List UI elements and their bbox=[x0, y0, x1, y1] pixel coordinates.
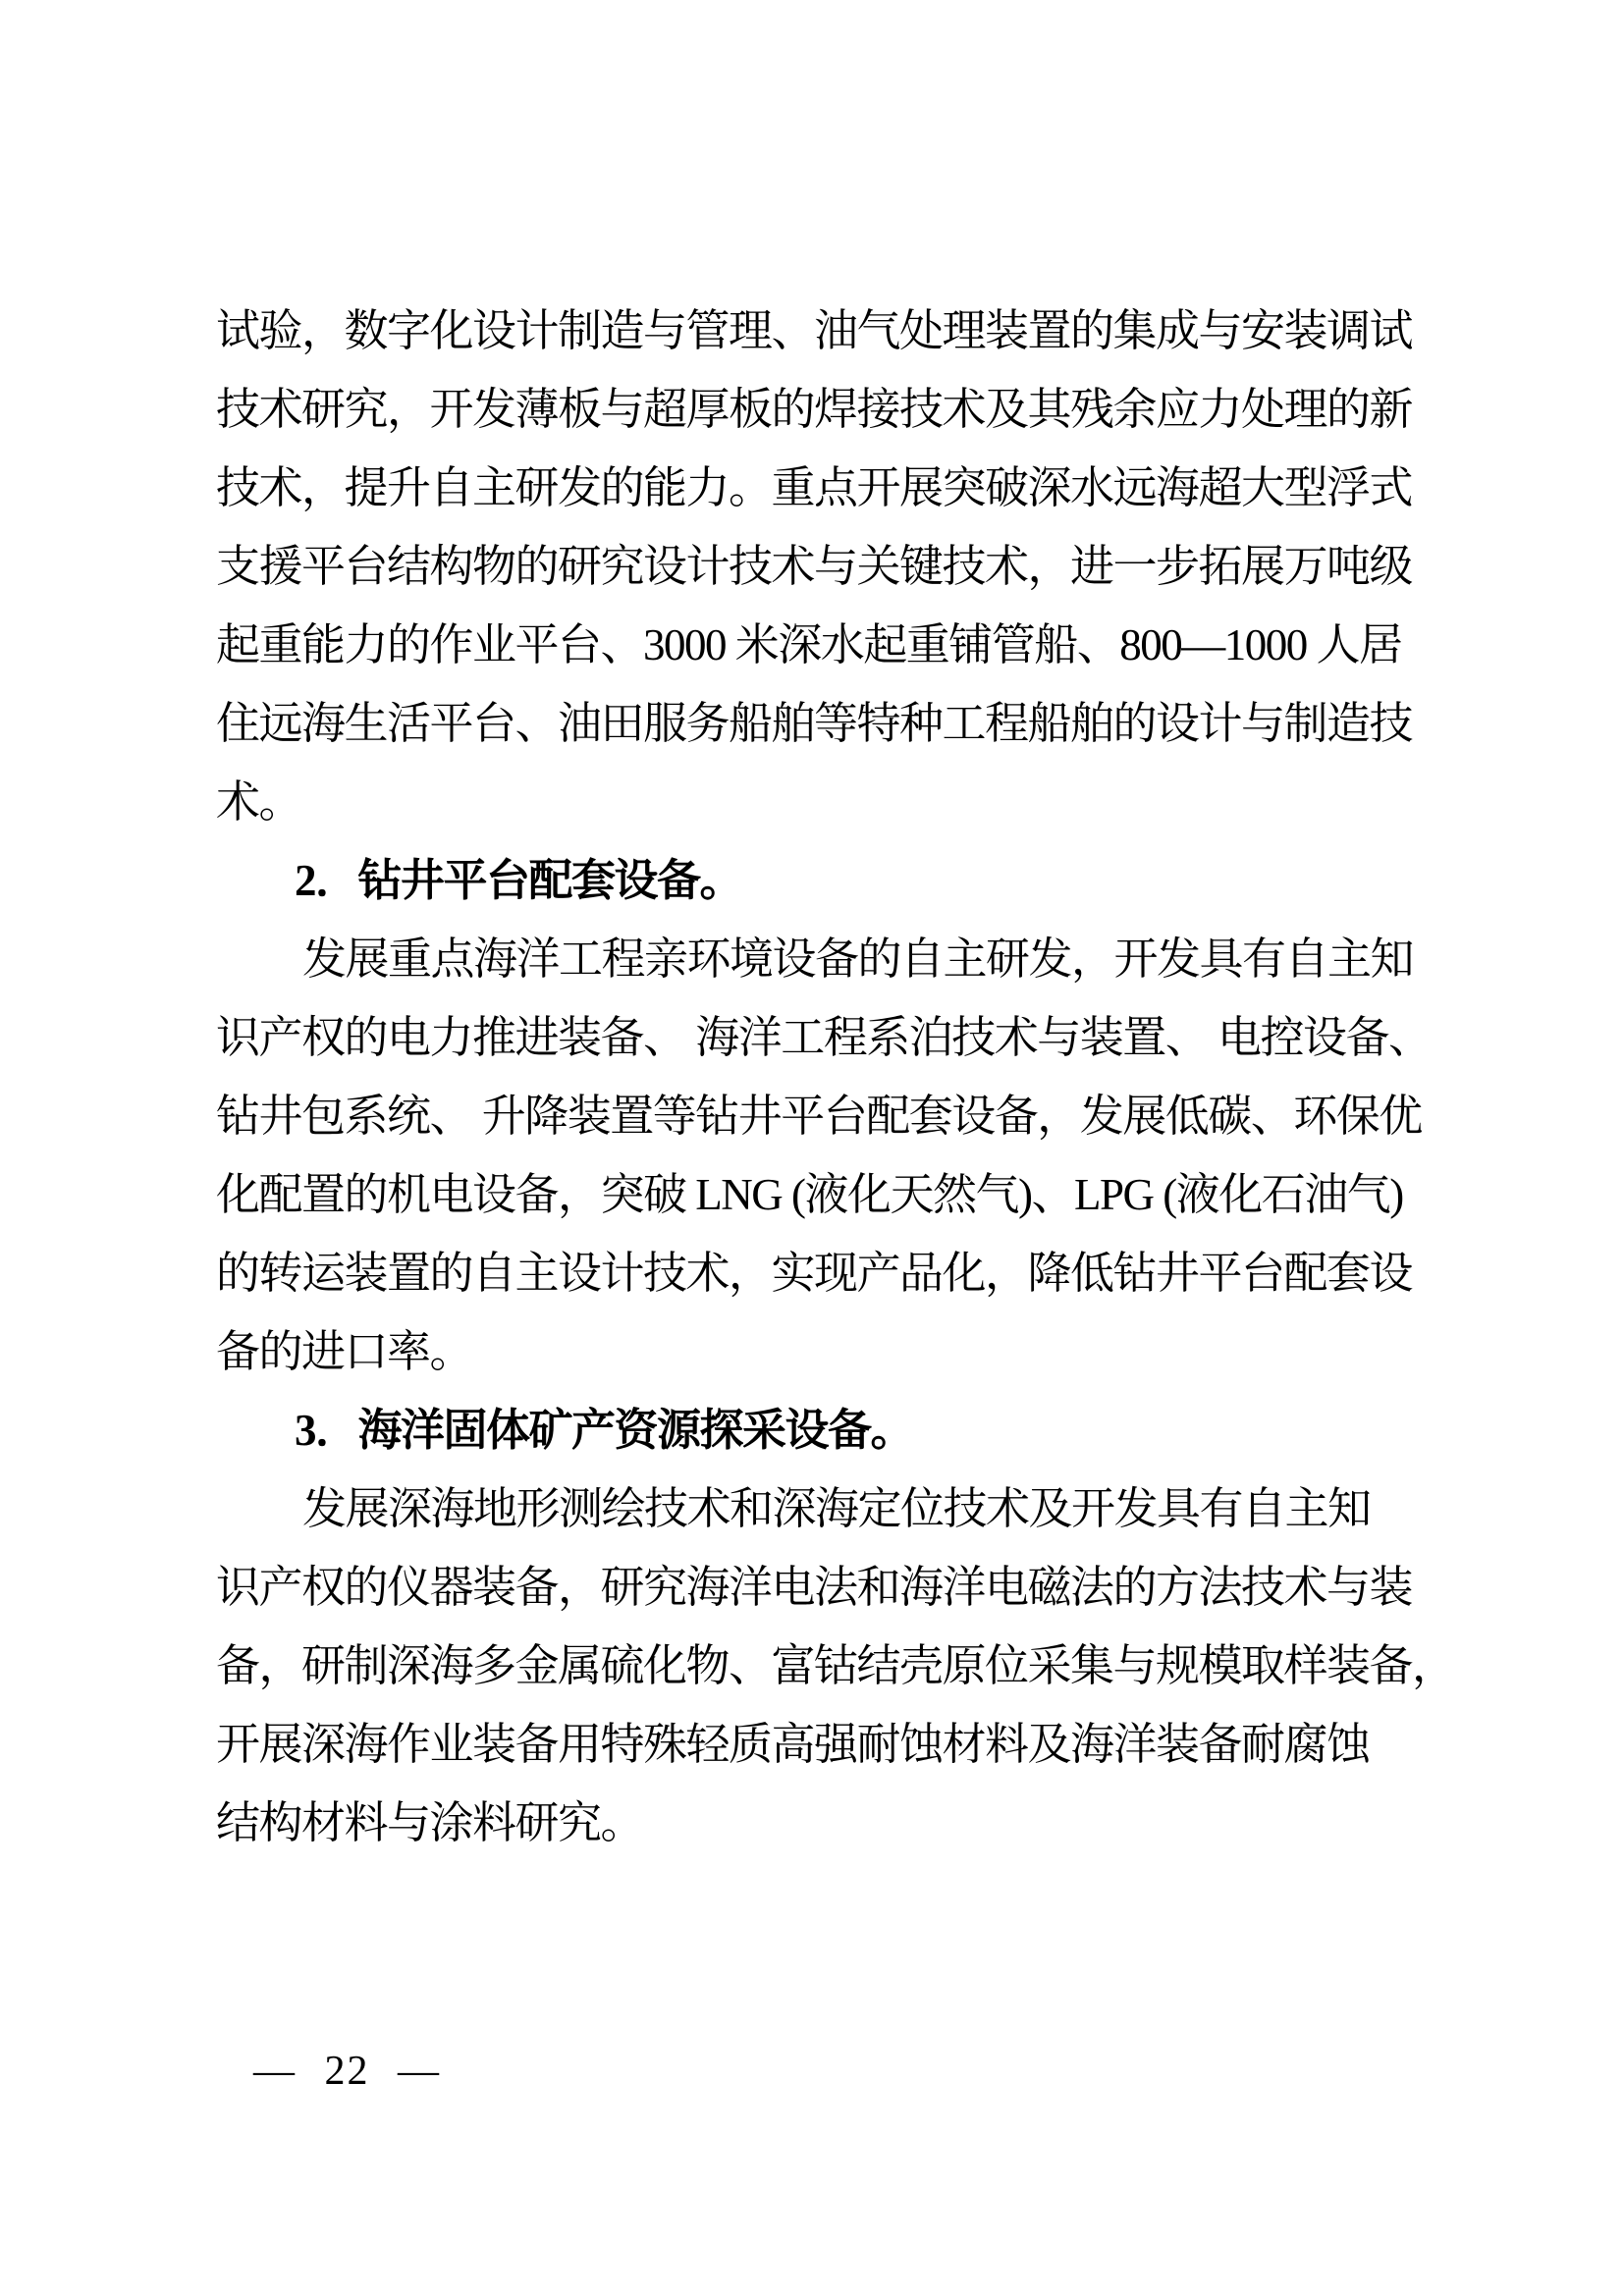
text-line: 术。 bbox=[216, 763, 1426, 841]
text-line: 试验，数字化设计制造与管理、油气处理装置的集成与安装调试 bbox=[216, 292, 1426, 370]
text-line: 识产权的电力推进装备、 海洋工程系泊技术与装置、 电控设备、 bbox=[216, 998, 1426, 1077]
text-line: 备，研制深海多金属硫化物、富钴结壳原位采集与规模取样装备， bbox=[216, 1627, 1426, 1705]
section-heading: 3．海洋固体矿产资源探采设备。 bbox=[216, 1391, 1426, 1469]
text-line: 住远海生活平台、油田服务船舶等特种工程船舶的设计与制造技 bbox=[216, 684, 1426, 763]
page-number: — 22 — bbox=[253, 2048, 441, 2095]
text-line: 起重能力的作业平台、3000 米深水起重铺管船、800—1000 人居 bbox=[216, 606, 1426, 684]
text-line: 发展重点海洋工程亲环境设备的自主研发，开发具有自主知 bbox=[216, 920, 1426, 998]
section-heading: 2．钻井平台配套设备。 bbox=[216, 841, 1426, 920]
text-line: 的转运装置的自主设计技术，实现产品化，降低钻井平台配套设 bbox=[216, 1234, 1426, 1312]
text-line: 化配置的机电设备，突破 LNG (液化天然气)、LPG (液化石油气) bbox=[216, 1155, 1426, 1234]
text-line: 技术，提升自主研发的能力。重点开展突破深水远海超大型浮式 bbox=[216, 449, 1426, 527]
text-line: 技术研究，开发薄板与超厚板的焊接技术及其残余应力处理的新 bbox=[216, 370, 1426, 449]
text-line: 识产权的仪器装备，研究海洋电法和海洋电磁法的方法技术与装 bbox=[216, 1548, 1426, 1627]
text-line: 结构材料与涂料研究。 bbox=[216, 1784, 1426, 1862]
text-line: 发展深海地形测绘技术和深海定位技术及开发具有自主知 bbox=[216, 1469, 1426, 1548]
document-page: 试验，数字化设计制造与管理、油气处理装置的集成与安装调试技术研究，开发薄板与超厚… bbox=[0, 0, 1623, 2296]
text-line: 开展深海作业装备用特殊轻质高强耐蚀材料及海洋装备耐腐蚀 bbox=[216, 1705, 1426, 1784]
document-body: 试验，数字化设计制造与管理、油气处理装置的集成与安装调试技术研究，开发薄板与超厚… bbox=[216, 292, 1426, 1862]
text-line: 备的进口率。 bbox=[216, 1312, 1426, 1391]
text-line: 支援平台结构物的研究设计技术与关键技术，进一步拓展万吨级 bbox=[216, 527, 1426, 606]
text-line: 钻井包系统、 升降装置等钻井平台配套设备，发展低碳、环保优 bbox=[216, 1077, 1426, 1155]
